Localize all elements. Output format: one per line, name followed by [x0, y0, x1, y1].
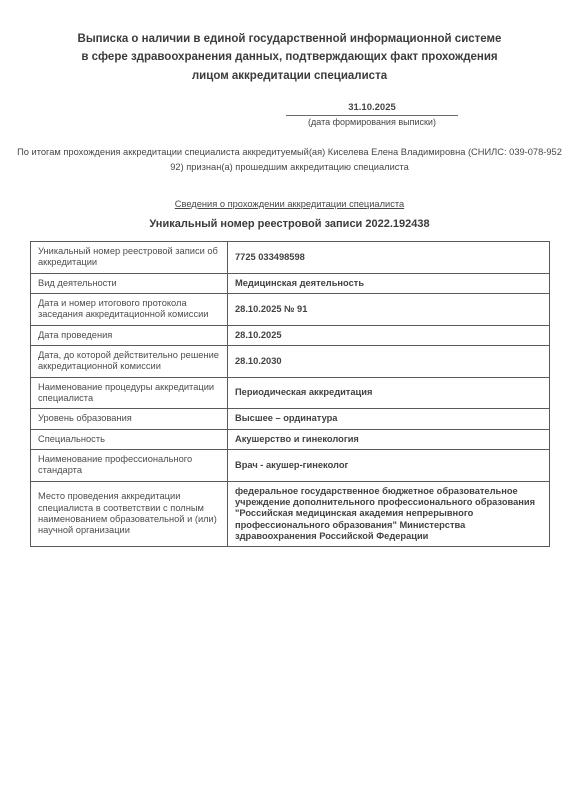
extract-date-block: 31.10.2025 (дата формирования выписки): [286, 102, 458, 127]
row-label: Уровень образования: [31, 409, 228, 429]
row-value: 28.10.2030: [228, 345, 550, 377]
row-label: Уникальный номер реестровой записи об ак…: [31, 241, 228, 273]
accreditation-table-body: Уникальный номер реестровой записи об ак…: [31, 241, 550, 546]
row-value: 28.10.2025: [228, 325, 550, 345]
table-row: Наименование профессионального стандарта…: [31, 449, 550, 481]
section-heading: Сведения о прохождении аккредитации спец…: [0, 199, 579, 209]
row-label: Дата, до которой действительно решение а…: [31, 345, 228, 377]
row-label: Наименование профессионального стандарта: [31, 449, 228, 481]
accreditation-result-paragraph: По итогам прохождения аккредитации специ…: [16, 145, 564, 174]
accreditation-details-table: Уникальный номер реестровой записи об ак…: [30, 241, 550, 547]
row-value: Врач - акушер-гинеколог: [228, 449, 550, 481]
document-page: Выписка о наличии в единой государственн…: [0, 0, 579, 787]
row-value: Периодическая аккредитация: [228, 377, 550, 409]
row-value: 7725 033498598: [228, 241, 550, 273]
document-title: Выписка о наличии в единой государственн…: [75, 0, 505, 85]
row-value: Акушерство и гинекология: [228, 429, 550, 449]
row-label: Специальность: [31, 429, 228, 449]
table-row: Место проведения аккредитации специалист…: [31, 481, 550, 547]
row-value: 28.10.2025 № 91: [228, 293, 550, 325]
row-label: Дата проведения: [31, 325, 228, 345]
table-row: Уровень образования Высшее – ординатура: [31, 409, 550, 429]
table-row: Дата и номер итогового протокола заседан…: [31, 293, 550, 325]
row-label: Дата и номер итогового протокола заседан…: [31, 293, 228, 325]
row-label: Наименование процедуры аккредитации спец…: [31, 377, 228, 409]
table-row: Вид деятельности Медицинская деятельност…: [31, 273, 550, 293]
extract-date-value: 31.10.2025: [286, 102, 458, 116]
row-value: Высшее – ординатура: [228, 409, 550, 429]
table-row: Уникальный номер реестровой записи об ак…: [31, 241, 550, 273]
table-row: Дата, до которой действительно решение а…: [31, 345, 550, 377]
extract-date-caption: (дата формирования выписки): [286, 116, 458, 127]
table-row: Дата проведения 28.10.2025: [31, 325, 550, 345]
row-value: федеральное государственное бюджетное об…: [228, 481, 550, 547]
row-value: Медицинская деятельность: [228, 273, 550, 293]
row-label: Вид деятельности: [31, 273, 228, 293]
table-row: Специальность Акушерство и гинекология: [31, 429, 550, 449]
table-row: Наименование процедуры аккредитации спец…: [31, 377, 550, 409]
registry-number-heading: Уникальный номер реестровой записи 2022.…: [0, 218, 579, 230]
row-label: Место проведения аккредитации специалист…: [31, 481, 228, 547]
